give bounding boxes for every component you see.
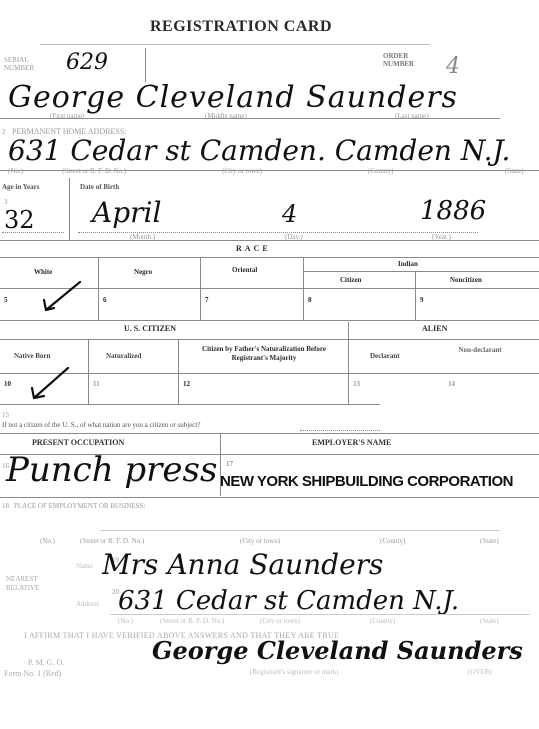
native-born-checkmark (26, 366, 72, 402)
divider (303, 258, 304, 320)
address-caption-county: (County) (368, 167, 393, 175)
citizen-field-num-12: 12 (183, 380, 190, 388)
address-caption-state: (State) (505, 167, 524, 175)
race-field-num-7: 7 (205, 296, 209, 304)
race-field-num-6: 6 (103, 296, 107, 304)
place-caption-state: (State) (480, 537, 499, 545)
place-caption-no: (No.) (40, 537, 55, 545)
card-title: REGISTRATION CARD (150, 18, 332, 36)
divider (98, 258, 99, 320)
nearest-relative-label: NEAREST RELATIVE (6, 575, 46, 593)
name-caption-first: (First name) (50, 112, 84, 120)
divider (200, 258, 201, 320)
race-indian-title: Indian (398, 260, 418, 268)
divider (348, 322, 349, 404)
relative-address-value: 631 Cedar st Camden N.J. (118, 586, 459, 616)
order-value: 4 (446, 54, 460, 79)
relative-caption-city: (City or town) (260, 617, 300, 625)
divider (40, 44, 430, 45)
address-caption-no: (No.) (8, 167, 23, 175)
citizen-field-num-10: 10 (4, 380, 11, 388)
divider (110, 614, 530, 615)
relative-name-label: Name (76, 562, 93, 570)
divider (0, 433, 539, 434)
dob-year: 1886 (420, 196, 486, 226)
divider (0, 320, 539, 321)
employer-field-num: 17 (226, 460, 233, 468)
dob-month: April (92, 196, 161, 229)
divider (415, 272, 416, 320)
place-caption-street: (Street or R. F. D. No.) (80, 537, 144, 545)
employer-title: EMPLOYER'S NAME (312, 438, 391, 447)
serial-value: 629 (66, 50, 108, 75)
place-caption-city: (City or town) (240, 537, 280, 545)
occupation-value: Punch press (6, 450, 217, 490)
form-id-line2: Form No. 1 (Red) (4, 669, 61, 678)
place-employment-label: PLACE OF EMPLOYMENT OR BUSINESS: (14, 502, 145, 510)
registrant-name: George Cleveland Saunders (8, 80, 458, 115)
address-value: 631 Cedar st Camden. Camden N.J. (8, 134, 510, 167)
race-col-white: White (34, 268, 52, 276)
nation-answer-line (300, 430, 380, 431)
alien-col-declarant: Declarant (370, 352, 400, 360)
registrant-signature: George Cleveland Saunders (152, 636, 523, 665)
signature-caption: (Registrant's signature or mark) (250, 668, 339, 676)
race-col-indian-citizen: Citizen (340, 276, 361, 284)
divider (0, 339, 539, 340)
citizen-col-naturalized: Naturalized (106, 352, 141, 360)
race-field-num-8: 8 (308, 296, 312, 304)
divider (88, 340, 89, 404)
race-col-negro: Negro (134, 268, 152, 276)
divider (0, 373, 539, 374)
alien-field-num-14: 14 (448, 380, 455, 388)
us-citizen-title: U. S. CITIZEN (124, 324, 176, 333)
employer-value: NEW YORK SHIPBUILDING CORPORATION (220, 473, 513, 490)
divider (178, 340, 179, 404)
relative-address-label: Address (76, 600, 99, 608)
place-employment-field-num: 18 (2, 502, 9, 510)
citizen-col-by-father: Citizen by Father's Naturalization Befor… (190, 345, 338, 363)
divider (0, 404, 380, 405)
race-field-num-5: 5 (4, 296, 8, 304)
age-value: 32 (4, 206, 35, 234)
divider (145, 48, 146, 82)
divider (69, 178, 70, 240)
form-id-line1: P. M. G. O. (28, 658, 64, 667)
dob-day: 4 (282, 200, 297, 228)
alien-col-non-declarant: Non-declarant (455, 346, 505, 355)
address-caption-city: (City or town) (222, 167, 262, 175)
age-underline (2, 232, 64, 233)
address-field-num: 2 (2, 128, 6, 136)
divider (100, 530, 500, 531)
race-title: RACE (236, 244, 271, 253)
divider (0, 240, 539, 241)
age-field-num: 3 (4, 198, 8, 206)
divider (303, 271, 539, 272)
race-col-indian-noncitizen: Noncitizen (450, 276, 482, 284)
nation-label: If not a citizen of the U. S., of what n… (2, 421, 200, 429)
race-white-checkmark (36, 280, 82, 316)
relative-caption-state: (State) (480, 617, 499, 625)
citizen-field-num-11: 11 (93, 380, 100, 388)
divider (0, 497, 539, 498)
place-caption-county: (County) (380, 537, 405, 545)
relative-name-value: Mrs Anna Saunders (102, 548, 383, 581)
name-caption-middle: (Middle name) (205, 112, 247, 120)
age-label: Age in Years (2, 183, 39, 191)
occupation-title: PRESENT OCCUPATION (32, 438, 124, 447)
name-caption-last: (Last name) (395, 112, 429, 120)
serial-label: SERIAL NUMBER (4, 56, 48, 72)
alien-field-num-13: 13 (353, 380, 360, 388)
relative-caption-no: (No.) (118, 617, 133, 625)
race-field-num-9: 9 (420, 296, 424, 304)
alien-title: ALIEN (422, 324, 447, 333)
relative-caption-county: (County) (370, 617, 395, 625)
dob-label: Date of Birth (80, 183, 119, 191)
race-col-oriental: Oriental (232, 266, 257, 274)
order-label: ORDER NUMBER (383, 52, 423, 68)
relative-caption-street: (Street or R. F. D. No.) (160, 617, 224, 625)
nation-field-num: 15 (2, 411, 9, 419)
divider (0, 257, 539, 258)
address-caption-street: (Street or R. F. D. No.) (62, 167, 126, 175)
over-label: (OVER) (468, 668, 492, 676)
citizen-col-native-born: Native Born (14, 352, 50, 360)
